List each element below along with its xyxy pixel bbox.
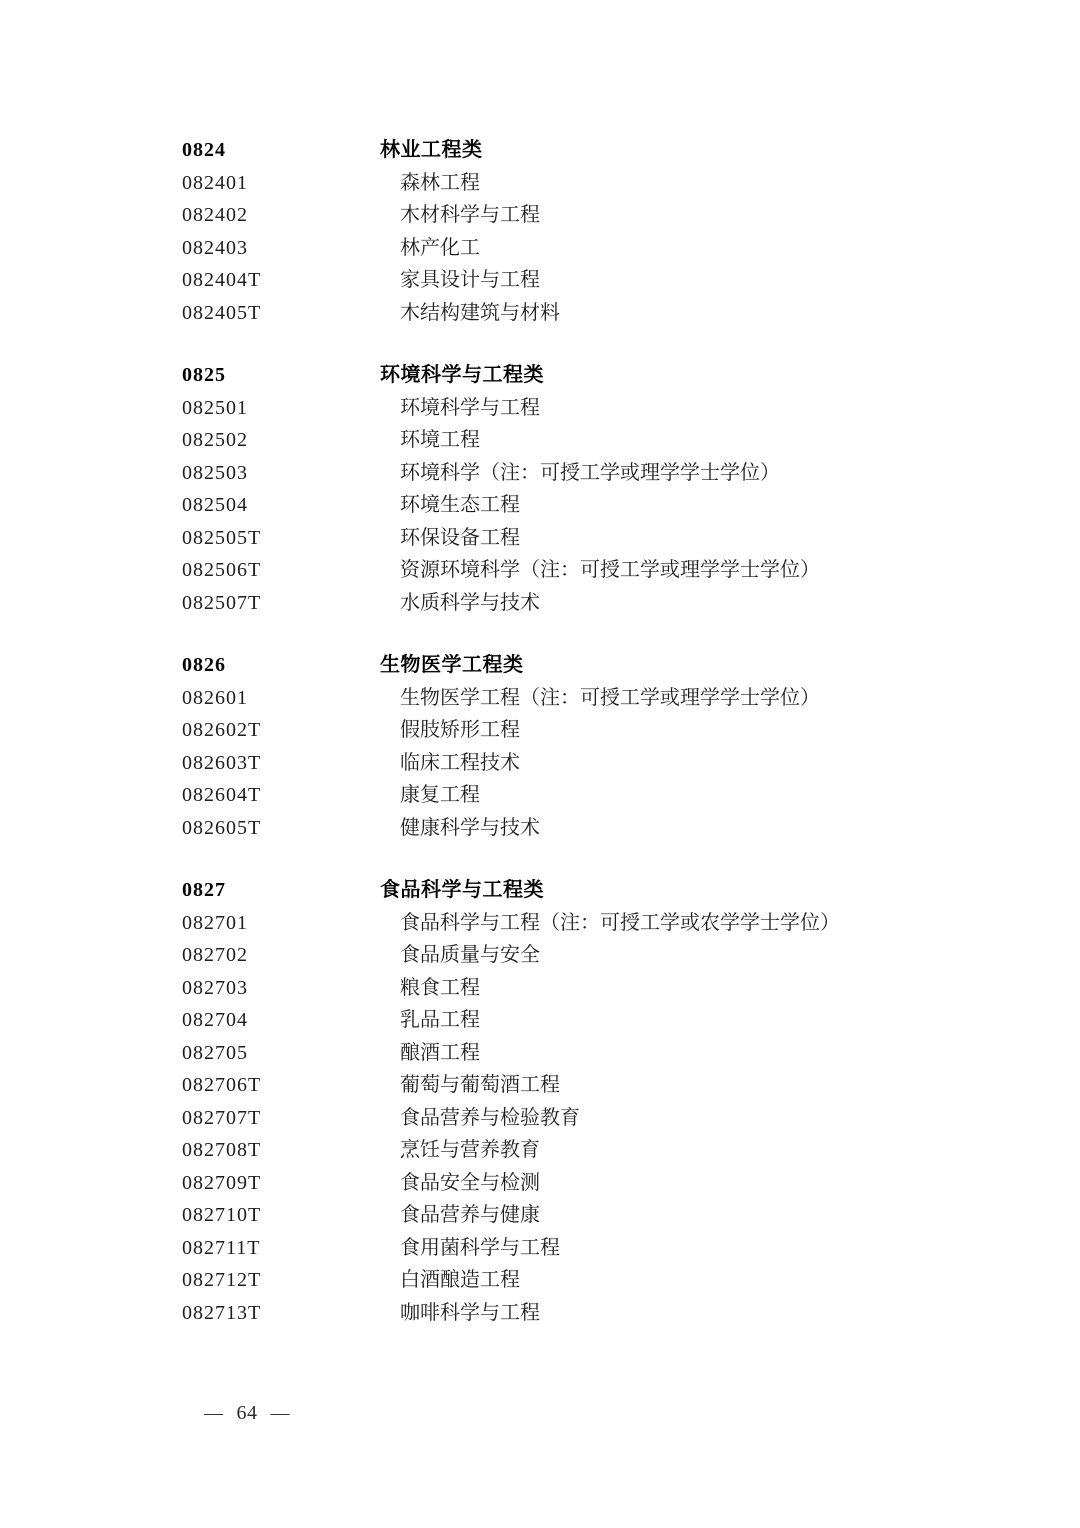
- major-code: 082601: [182, 682, 380, 715]
- page-number: 64: [237, 1402, 258, 1425]
- major-name: 食品营养与健康: [380, 1199, 962, 1232]
- catalog-section: 0827食品科学与工程类082701食品科学与工程（注：可授工学或农学学士学位）…: [182, 874, 962, 1329]
- major-row: 082402木材科学与工程: [182, 199, 962, 232]
- major-code: 082708T: [182, 1134, 380, 1167]
- major-row: 082504环境生态工程: [182, 489, 962, 522]
- major-name: 假肢矫形工程: [380, 714, 962, 747]
- major-code: 082404T: [182, 264, 380, 297]
- major-code: 082712T: [182, 1264, 380, 1297]
- major-name: 临床工程技术: [380, 747, 962, 780]
- major-code: 082505T: [182, 522, 380, 555]
- section-title: 食品科学与工程类: [380, 874, 962, 907]
- major-code: 082709T: [182, 1167, 380, 1200]
- major-code: 082605T: [182, 812, 380, 845]
- major-code: 082603T: [182, 747, 380, 780]
- major-name: 烹饪与营养教育: [380, 1134, 962, 1167]
- major-row: 082604T康复工程: [182, 779, 962, 812]
- major-code: 082701: [182, 907, 380, 940]
- major-name: 食品安全与检测: [380, 1167, 962, 1200]
- section-header-row: 0826生物医学工程类: [182, 649, 962, 682]
- major-name: 木材科学与工程: [380, 199, 962, 232]
- major-code: 082501: [182, 392, 380, 425]
- major-row: 082602T假肢矫形工程: [182, 714, 962, 747]
- major-row: 082708T烹饪与营养教育: [182, 1134, 962, 1167]
- major-code: 082702: [182, 939, 380, 972]
- section-code: 0825: [182, 359, 380, 392]
- major-row: 082603T临床工程技术: [182, 747, 962, 780]
- document-page: 0824林业工程类082401森林工程082402木材科学与工程082403林产…: [0, 0, 1080, 1528]
- section-header-row: 0824林业工程类: [182, 134, 962, 167]
- major-catalog: 0824林业工程类082401森林工程082402木材科学与工程082403林产…: [182, 134, 962, 1329]
- major-row: 082404T家具设计与工程: [182, 264, 962, 297]
- page-footer: — 64 —: [204, 1402, 290, 1425]
- major-name: 环保设备工程: [380, 522, 962, 555]
- major-name: 环境科学（注：可授工学或理学学士学位）: [380, 457, 962, 490]
- major-row: 082705酿酒工程: [182, 1037, 962, 1070]
- major-row: 082704乳品工程: [182, 1004, 962, 1037]
- section-code: 0827: [182, 874, 380, 907]
- major-name: 水质科学与技术: [380, 587, 962, 620]
- major-row: 082701食品科学与工程（注：可授工学或农学学士学位）: [182, 907, 962, 940]
- major-row: 082405T木结构建筑与材料: [182, 297, 962, 330]
- major-code: 082711T: [182, 1232, 380, 1265]
- section-code: 0826: [182, 649, 380, 682]
- major-name: 食品科学与工程（注：可授工学或农学学士学位）: [380, 907, 962, 940]
- major-code: 082405T: [182, 297, 380, 330]
- major-name: 酿酒工程: [380, 1037, 962, 1070]
- major-code: 082507T: [182, 587, 380, 620]
- major-name: 健康科学与技术: [380, 812, 962, 845]
- major-code: 082502: [182, 424, 380, 457]
- major-row: 082713T咖啡科学与工程: [182, 1297, 962, 1330]
- section-code: 0824: [182, 134, 380, 167]
- major-code: 082403: [182, 232, 380, 265]
- major-name: 食品质量与安全: [380, 939, 962, 972]
- major-row: 082507T水质科学与技术: [182, 587, 962, 620]
- major-row: 082703粮食工程: [182, 972, 962, 1005]
- major-row: 082702食品质量与安全: [182, 939, 962, 972]
- major-row: 082503环境科学（注：可授工学或理学学士学位）: [182, 457, 962, 490]
- major-code: 082704: [182, 1004, 380, 1037]
- major-row: 082711T食用菌科学与工程: [182, 1232, 962, 1265]
- major-name: 资源环境科学（注：可授工学或理学学士学位）: [380, 554, 962, 587]
- major-code: 082706T: [182, 1069, 380, 1102]
- major-name: 咖啡科学与工程: [380, 1297, 962, 1330]
- major-name: 林产化工: [380, 232, 962, 265]
- major-row: 082710T食品营养与健康: [182, 1199, 962, 1232]
- major-name: 生物医学工程（注：可授工学或理学学士学位）: [380, 682, 962, 715]
- major-row: 082601生物医学工程（注：可授工学或理学学士学位）: [182, 682, 962, 715]
- footer-dash-left: —: [204, 1403, 224, 1425]
- major-code: 082710T: [182, 1199, 380, 1232]
- section-header-row: 0827食品科学与工程类: [182, 874, 962, 907]
- major-row: 082706T葡萄与葡萄酒工程: [182, 1069, 962, 1102]
- major-code: 082503: [182, 457, 380, 490]
- major-name: 粮食工程: [380, 972, 962, 1005]
- major-code: 082401: [182, 167, 380, 200]
- major-row: 082401森林工程: [182, 167, 962, 200]
- catalog-section: 0825环境科学与工程类082501环境科学与工程082502环境工程08250…: [182, 359, 962, 619]
- major-row: 082712T白酒酿造工程: [182, 1264, 962, 1297]
- major-code: 082602T: [182, 714, 380, 747]
- major-name: 环境生态工程: [380, 489, 962, 522]
- major-code: 082703: [182, 972, 380, 1005]
- major-name: 葡萄与葡萄酒工程: [380, 1069, 962, 1102]
- major-code: 082402: [182, 199, 380, 232]
- major-name: 食品营养与检验教育: [380, 1102, 962, 1135]
- major-name: 康复工程: [380, 779, 962, 812]
- major-name: 环境工程: [380, 424, 962, 457]
- major-name: 森林工程: [380, 167, 962, 200]
- section-title: 林业工程类: [380, 134, 962, 167]
- major-code: 082713T: [182, 1297, 380, 1330]
- major-row: 082502环境工程: [182, 424, 962, 457]
- major-row: 082505T环保设备工程: [182, 522, 962, 555]
- catalog-section: 0824林业工程类082401森林工程082402木材科学与工程082403林产…: [182, 134, 962, 329]
- major-code: 082707T: [182, 1102, 380, 1135]
- major-name: 木结构建筑与材料: [380, 297, 962, 330]
- major-name: 家具设计与工程: [380, 264, 962, 297]
- major-name: 食用菌科学与工程: [380, 1232, 962, 1265]
- major-row: 082707T食品营养与检验教育: [182, 1102, 962, 1135]
- major-row: 082403林产化工: [182, 232, 962, 265]
- section-header-row: 0825环境科学与工程类: [182, 359, 962, 392]
- major-code: 082705: [182, 1037, 380, 1070]
- section-title: 环境科学与工程类: [380, 359, 962, 392]
- footer-dash-right: —: [271, 1403, 291, 1425]
- major-name: 环境科学与工程: [380, 392, 962, 425]
- major-row: 082501环境科学与工程: [182, 392, 962, 425]
- major-row: 082506T资源环境科学（注：可授工学或理学学士学位）: [182, 554, 962, 587]
- major-name: 白酒酿造工程: [380, 1264, 962, 1297]
- major-code: 082504: [182, 489, 380, 522]
- major-code: 082604T: [182, 779, 380, 812]
- section-title: 生物医学工程类: [380, 649, 962, 682]
- major-row: 082605T健康科学与技术: [182, 812, 962, 845]
- catalog-section: 0826生物医学工程类082601生物医学工程（注：可授工学或理学学士学位）08…: [182, 649, 962, 844]
- major-name: 乳品工程: [380, 1004, 962, 1037]
- major-code: 082506T: [182, 554, 380, 587]
- major-row: 082709T食品安全与检测: [182, 1167, 962, 1200]
